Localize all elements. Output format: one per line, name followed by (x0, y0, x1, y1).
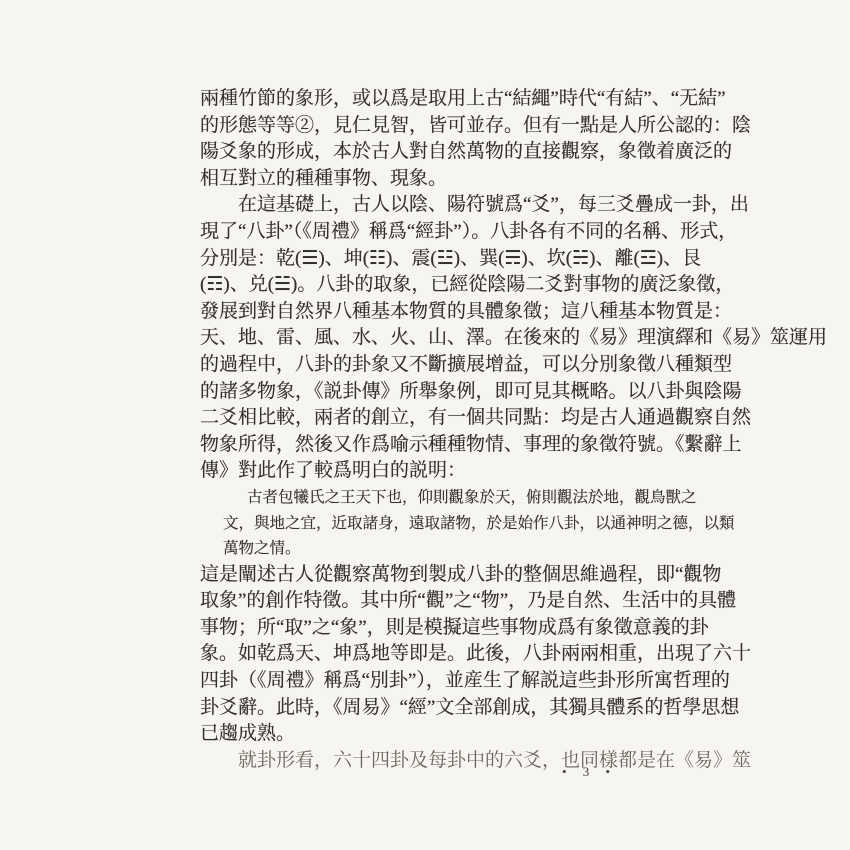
text-line: 傳》對此作了較爲明白的説明： (200, 458, 680, 485)
text-line: 的過程中，八卦的卦象又不斷擴展增益，可以分別象徵八種類型 (200, 352, 680, 379)
text-line: 這是闡述古人從觀察萬物到製成八卦的整個思維過程，即“觀物 (200, 562, 680, 589)
text-line: 卦爻辭。此時，《周易》“經”文全部創成，其獨具體系的哲學思想 (200, 695, 680, 722)
text-line: 的形態等等②，見仁見智，皆可並存。但有一點是人所公認的：陰 (200, 113, 680, 140)
text-line: 物象所得，然後又作爲喻示種種物情、事理的象徵符號。《繫辭上 (200, 432, 680, 459)
text-line: 事物；所“取”之“象”，則是模擬這些事物成爲有象徵意義的卦 (200, 615, 680, 642)
text-line: 文，與地之宜，近取諸身，遠取諸物，於是始作八卦，以通神明之德，以類 (200, 511, 680, 537)
text-line: 陽爻象的形成，本於古人對自然萬物的直接觀察，象徵着廣泛的 (200, 139, 680, 166)
page-text: 兩種竹節的象形，或以爲是取用上古“結繩”時代“有結”、“无結”的形態等等②，見仁… (200, 80, 680, 774)
text-line: 分別是：乾(☰)、坤(☷)、震(☳)、巽(☴)、坎(☵)、離(☲)、艮 (200, 246, 680, 273)
text-line: 相互對立的種種事物、現象。 (200, 166, 680, 193)
scanned-book-page: 兩種竹節的象形，或以爲是取用上古“結繩”時代“有結”、“无結”的形態等等②，見仁… (0, 0, 850, 850)
text-line: 象。如乾爲天、坤爲地等即是。此後，八卦兩兩相重，出現了六十 (200, 641, 680, 668)
text-line: 萬物之情。 (200, 536, 680, 562)
text-line: 四卦（《周禮》稱爲“別卦”），並産生了解説這些卦形所寓哲理的 (200, 668, 680, 695)
text-line: 取象”的創作特徵。其中所“觀”之“物”，乃是自然、生活中的具體 (200, 588, 680, 615)
text-line: 已趨成熟。 (200, 721, 680, 748)
text-line: (☶)、兑(☱)。八卦的取象，已經從陰陽二爻對事物的廣泛象徵， (200, 272, 680, 299)
text-line: 兩種竹節的象形，或以爲是取用上古“結繩”時代“有結”、“无結” (200, 86, 680, 113)
text-line: 古者包犧氏之王天下也，仰則觀象於天，俯則觀法於地，觀鳥獸之 (200, 485, 680, 511)
text-line: 在這基礎上，古人以陰、陽符號爲“爻”，每三爻疊成一卦，出 (200, 192, 680, 219)
text-line: 天、地、雷、風、水、火、山、澤。在後來的《易》理演繹和《易》筮運用 (200, 325, 680, 352)
text-line: 現了“八卦”（《周禮》稱爲“經卦”）。八卦各有不同的名稱、形式， (200, 219, 680, 246)
text-line: 的諸多物象，《説卦傳》所舉象例，即可見其概略。以八卦與陰陽 (200, 379, 680, 406)
page-number: • 3 • (562, 764, 612, 780)
text-line: 二爻相比較，兩者的創立，有一個共同點：均是古人通過觀察自然 (200, 405, 680, 432)
text-line: 發展到對自然界八種基本物質的具體象徵；這八種基本物質是： (200, 299, 680, 326)
